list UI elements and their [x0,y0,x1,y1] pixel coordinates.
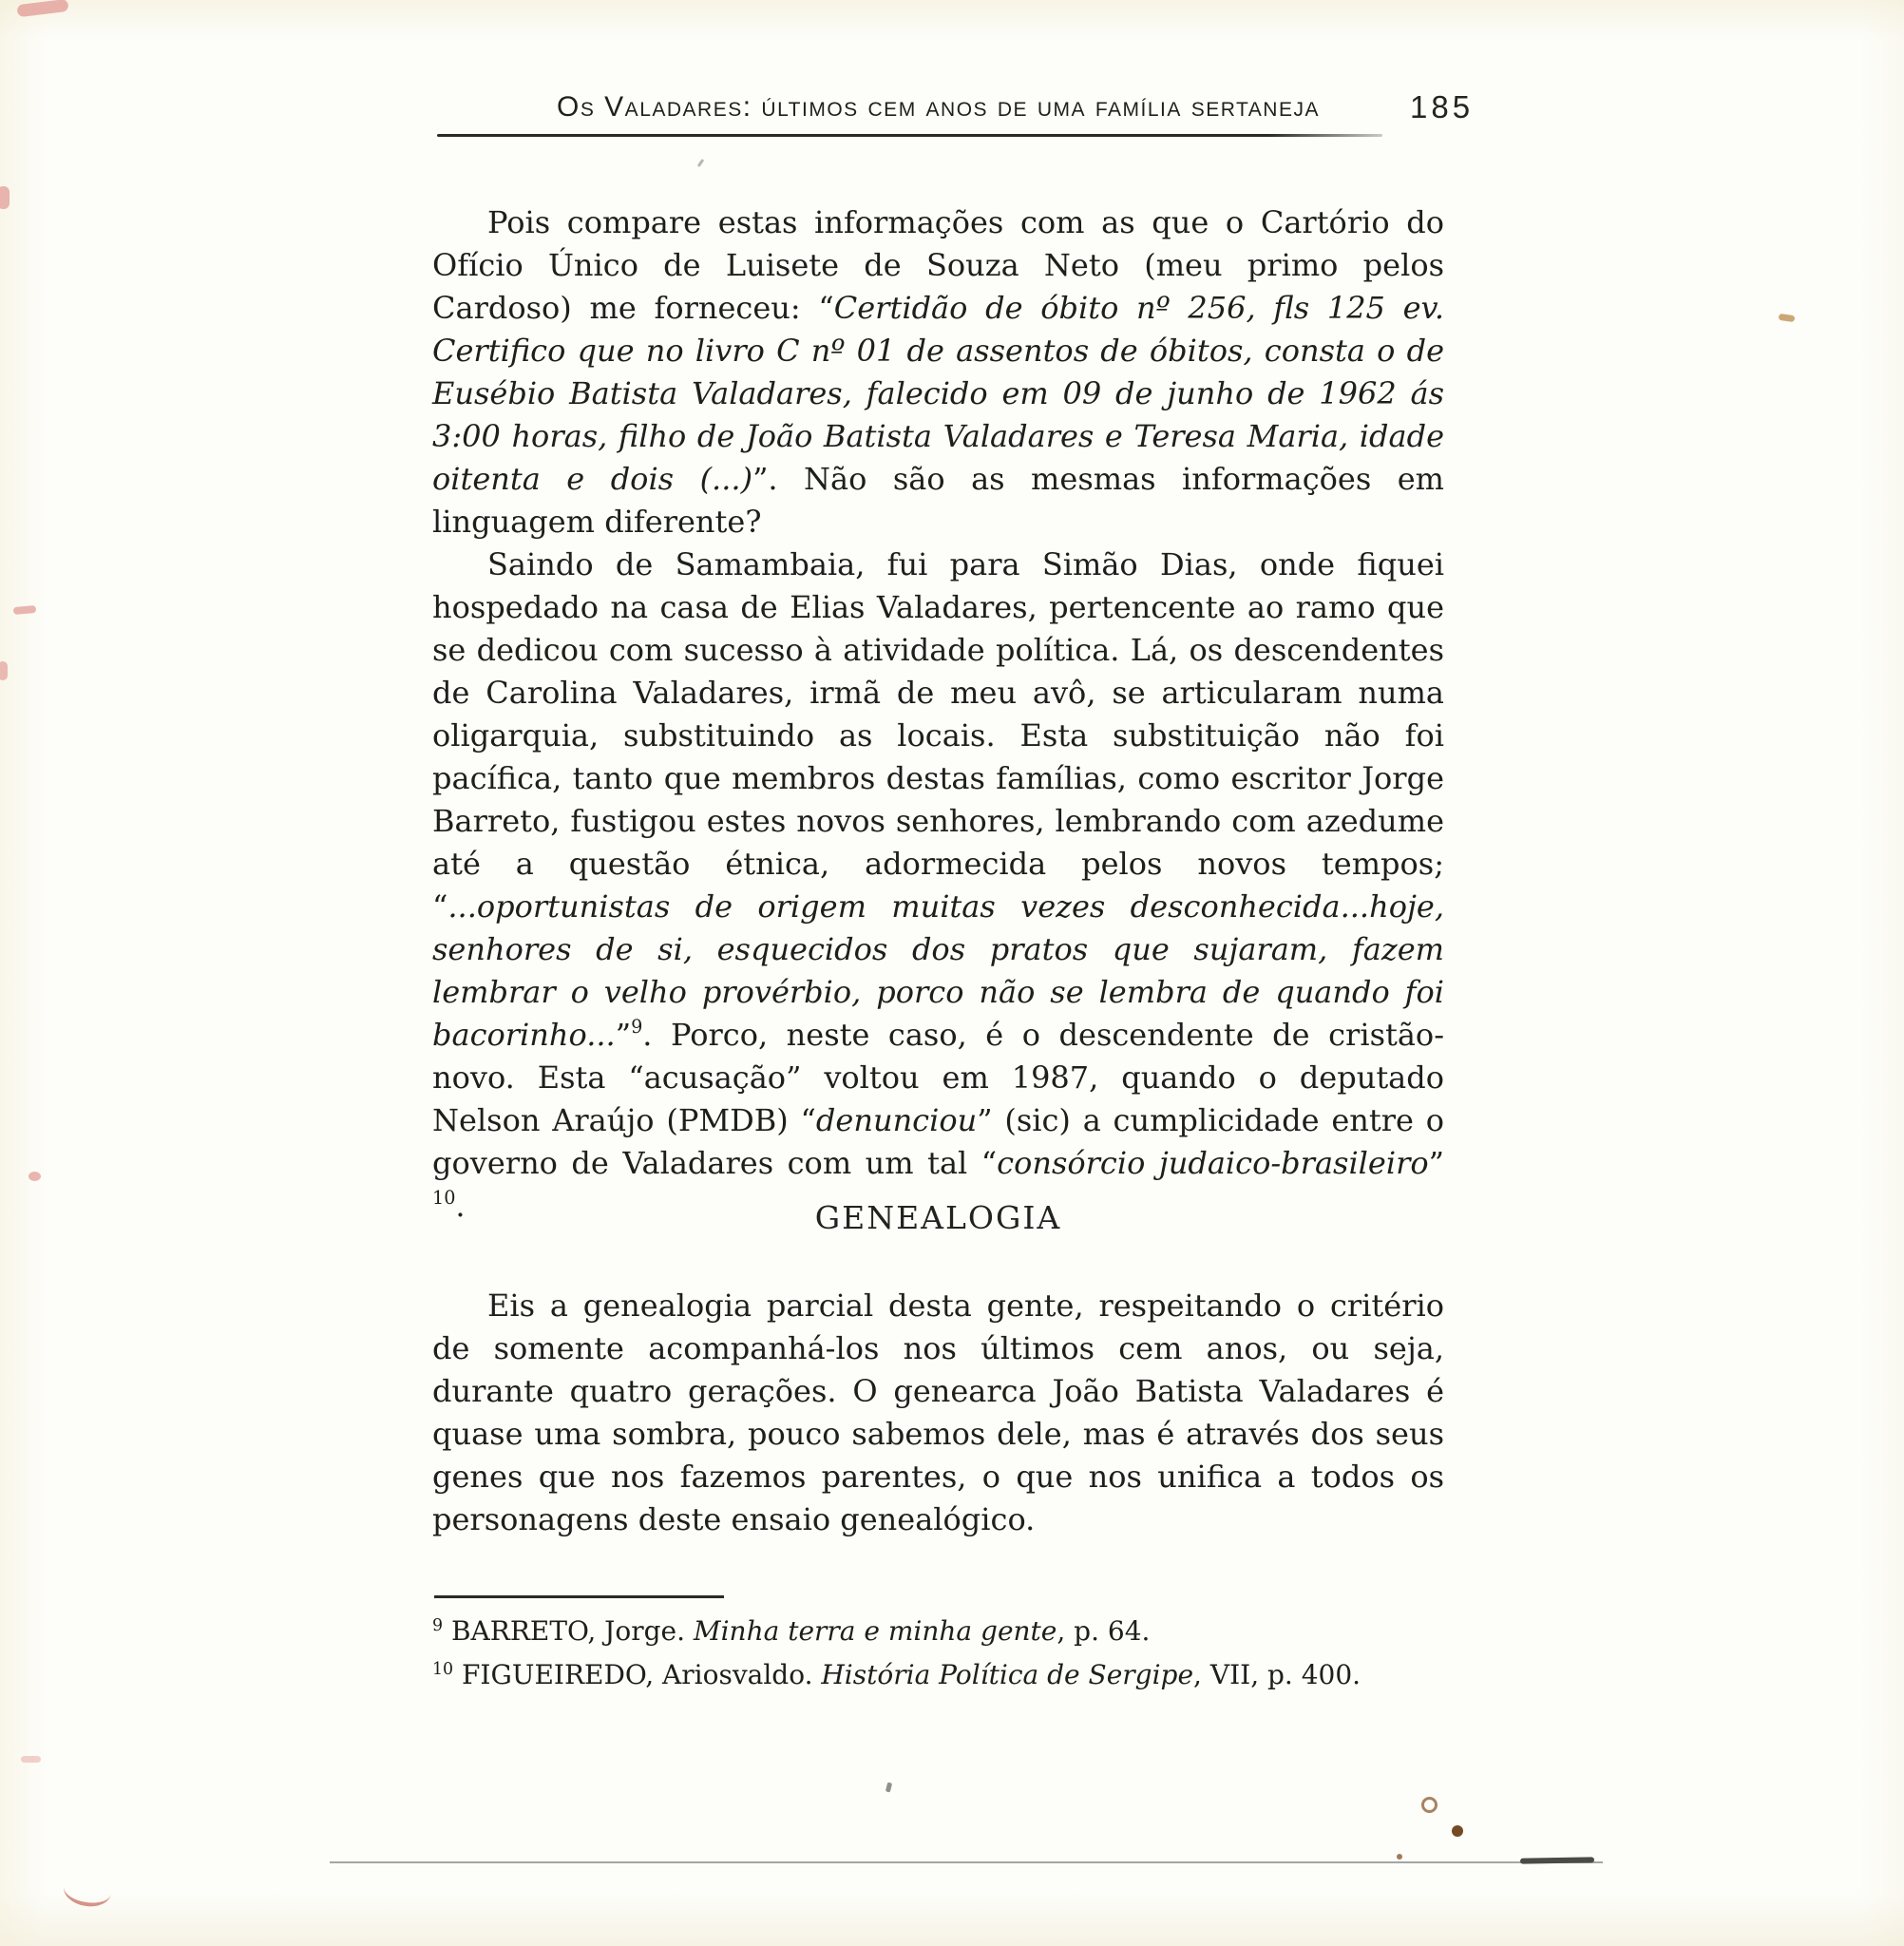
scan-artifact-pink-streak [16,0,68,17]
scan-artifact-brown-speck [1452,1825,1463,1837]
running-header-title: Os Valadares: últimos cem anos de uma fa… [432,91,1444,124]
scan-page-edge-line [330,1861,1603,1863]
genealogy-intro-column: Eis a genealogia parcial desta gente, re… [432,1285,1444,1541]
footnote-separator [434,1595,724,1598]
scan-artifact-pink-mark [0,661,8,680]
scan-artifact-pink-mark [29,1172,41,1181]
scan-artifact-brown-speck [1421,1797,1438,1813]
footnote-9-barreto: 9 BARRETO, Jorge. Minha terra e minha ge… [432,1610,1487,1653]
paragraph-genealogy-intro: Eis a genealogia parcial desta gente, re… [432,1285,1444,1541]
paragraph-simao-dias-oligarchy: Saindo de Samambaia, fui para Simão Dias… [432,544,1444,1228]
footnotes-block: 9 BARRETO, Jorge. Minha terra e minha ge… [432,1610,1487,1697]
section-heading-genealogia: GENEALOGIA [432,1199,1444,1236]
footnote-10-figueiredo: 10 FIGUEIREDO, Ariosvaldo. História Polí… [432,1653,1487,1697]
scan-artifact-pink-mark [21,1756,41,1763]
scanned-page-background: Os Valadares: últimos cem anos de uma fa… [0,0,1904,1946]
header-rule [437,134,1382,137]
scan-artifact-gray-speck [697,159,705,167]
scan-artifact-brown-speck [1779,314,1796,322]
scan-artifact-brown-speck [1397,1854,1402,1860]
scan-artifact-pink-mark [13,605,37,615]
page-number: 185 [1410,89,1474,125]
scan-page-edge-shadow [1520,1857,1594,1863]
scan-artifact-pink-mark [0,186,10,209]
paragraph-death-certificate: Pois compare estas informações com as qu… [432,201,1444,544]
body-text-column: Pois compare estas informações com as qu… [432,201,1444,1228]
scan-artifact-red-curve [62,1883,112,1910]
scan-artifact-gray-speck [885,1783,892,1793]
